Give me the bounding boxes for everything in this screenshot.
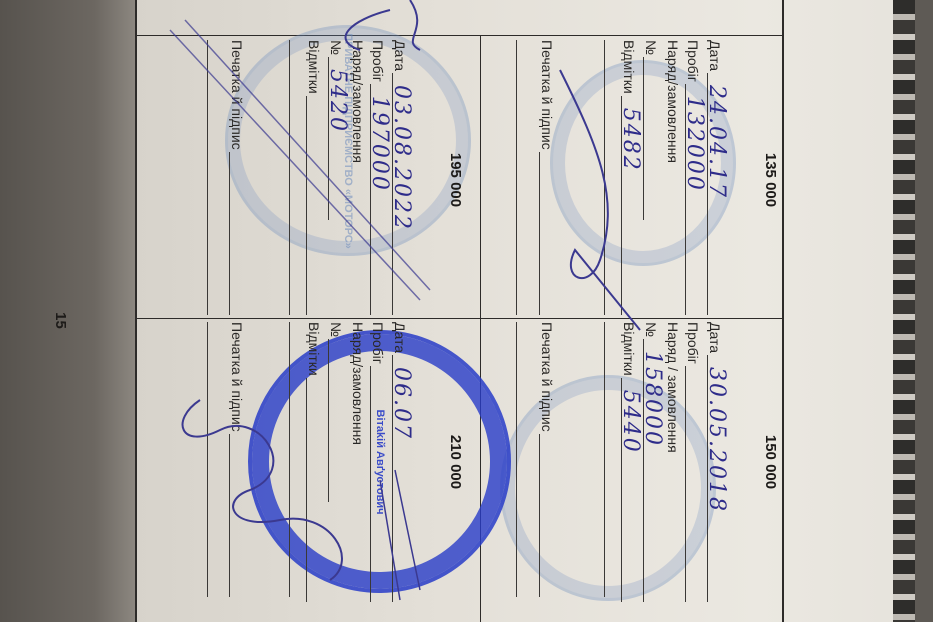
- service-km: 135 000: [762, 40, 779, 320]
- number-row: №: [643, 40, 663, 220]
- mileage-row: Пробіг 197000: [370, 40, 390, 315]
- stamp-signature-row: Печатка й підпис: [229, 322, 245, 597]
- frame-top-line: [135, 35, 783, 36]
- date-row: Дата 06.07: [392, 322, 412, 602]
- number-row: №: [328, 322, 348, 502]
- stamp-signature-row: Печатка й підпис: [229, 40, 245, 315]
- mileage-value: 197000: [367, 96, 392, 192]
- mileage-row: Пробіг: [370, 322, 390, 602]
- service-km: 210 000: [447, 322, 464, 602]
- date-value: 06.07: [389, 367, 414, 440]
- stamp-signature-row: Печатка й підпис: [539, 40, 555, 315]
- work-order-value: 158000: [640, 351, 665, 447]
- work-order-row: Наряд/замовлення: [350, 322, 370, 445]
- mileage-row: Пробіг: [685, 322, 705, 602]
- date-value: 03.08.2022: [389, 85, 414, 231]
- number-row: № 158000: [643, 322, 663, 602]
- date-value: 24.04.17: [704, 85, 729, 199]
- frame-left-line: [135, 0, 137, 622]
- date-row: Дата 30.05.2018: [707, 322, 727, 602]
- notes-row: Відмітки 5440: [621, 322, 641, 602]
- background-edge: [893, 0, 915, 622]
- notes-row: Відмітки: [306, 40, 326, 315]
- background-surface: [0, 0, 135, 622]
- notes-row: Відмітки 5482: [621, 40, 641, 315]
- date-value: 30.05.2018: [704, 367, 729, 513]
- service-km: 150 000: [762, 322, 779, 602]
- notes-row: Відмітки: [306, 322, 326, 602]
- service-km: 195 000: [447, 40, 464, 320]
- notes-value: 5482: [618, 108, 643, 172]
- mileage-value: 132000: [682, 96, 707, 192]
- date-row: Дата 24.04.17: [707, 40, 727, 315]
- notes-value: 5440: [618, 390, 643, 454]
- work-order-value: 5420: [325, 69, 350, 133]
- work-order-row: Наряд/замовлення: [350, 40, 370, 163]
- date-row: Дата 03.08.2022: [392, 40, 412, 315]
- work-order-row: Наряд/замовлення: [665, 40, 685, 163]
- page-number: 15: [52, 312, 69, 329]
- stamp-signature-row: Печатка й підпис: [539, 322, 555, 597]
- work-order-row: Наряд / замовлення: [665, 322, 685, 453]
- mileage-row: Пробіг 132000: [685, 40, 705, 315]
- number-row: № 5420: [328, 40, 348, 220]
